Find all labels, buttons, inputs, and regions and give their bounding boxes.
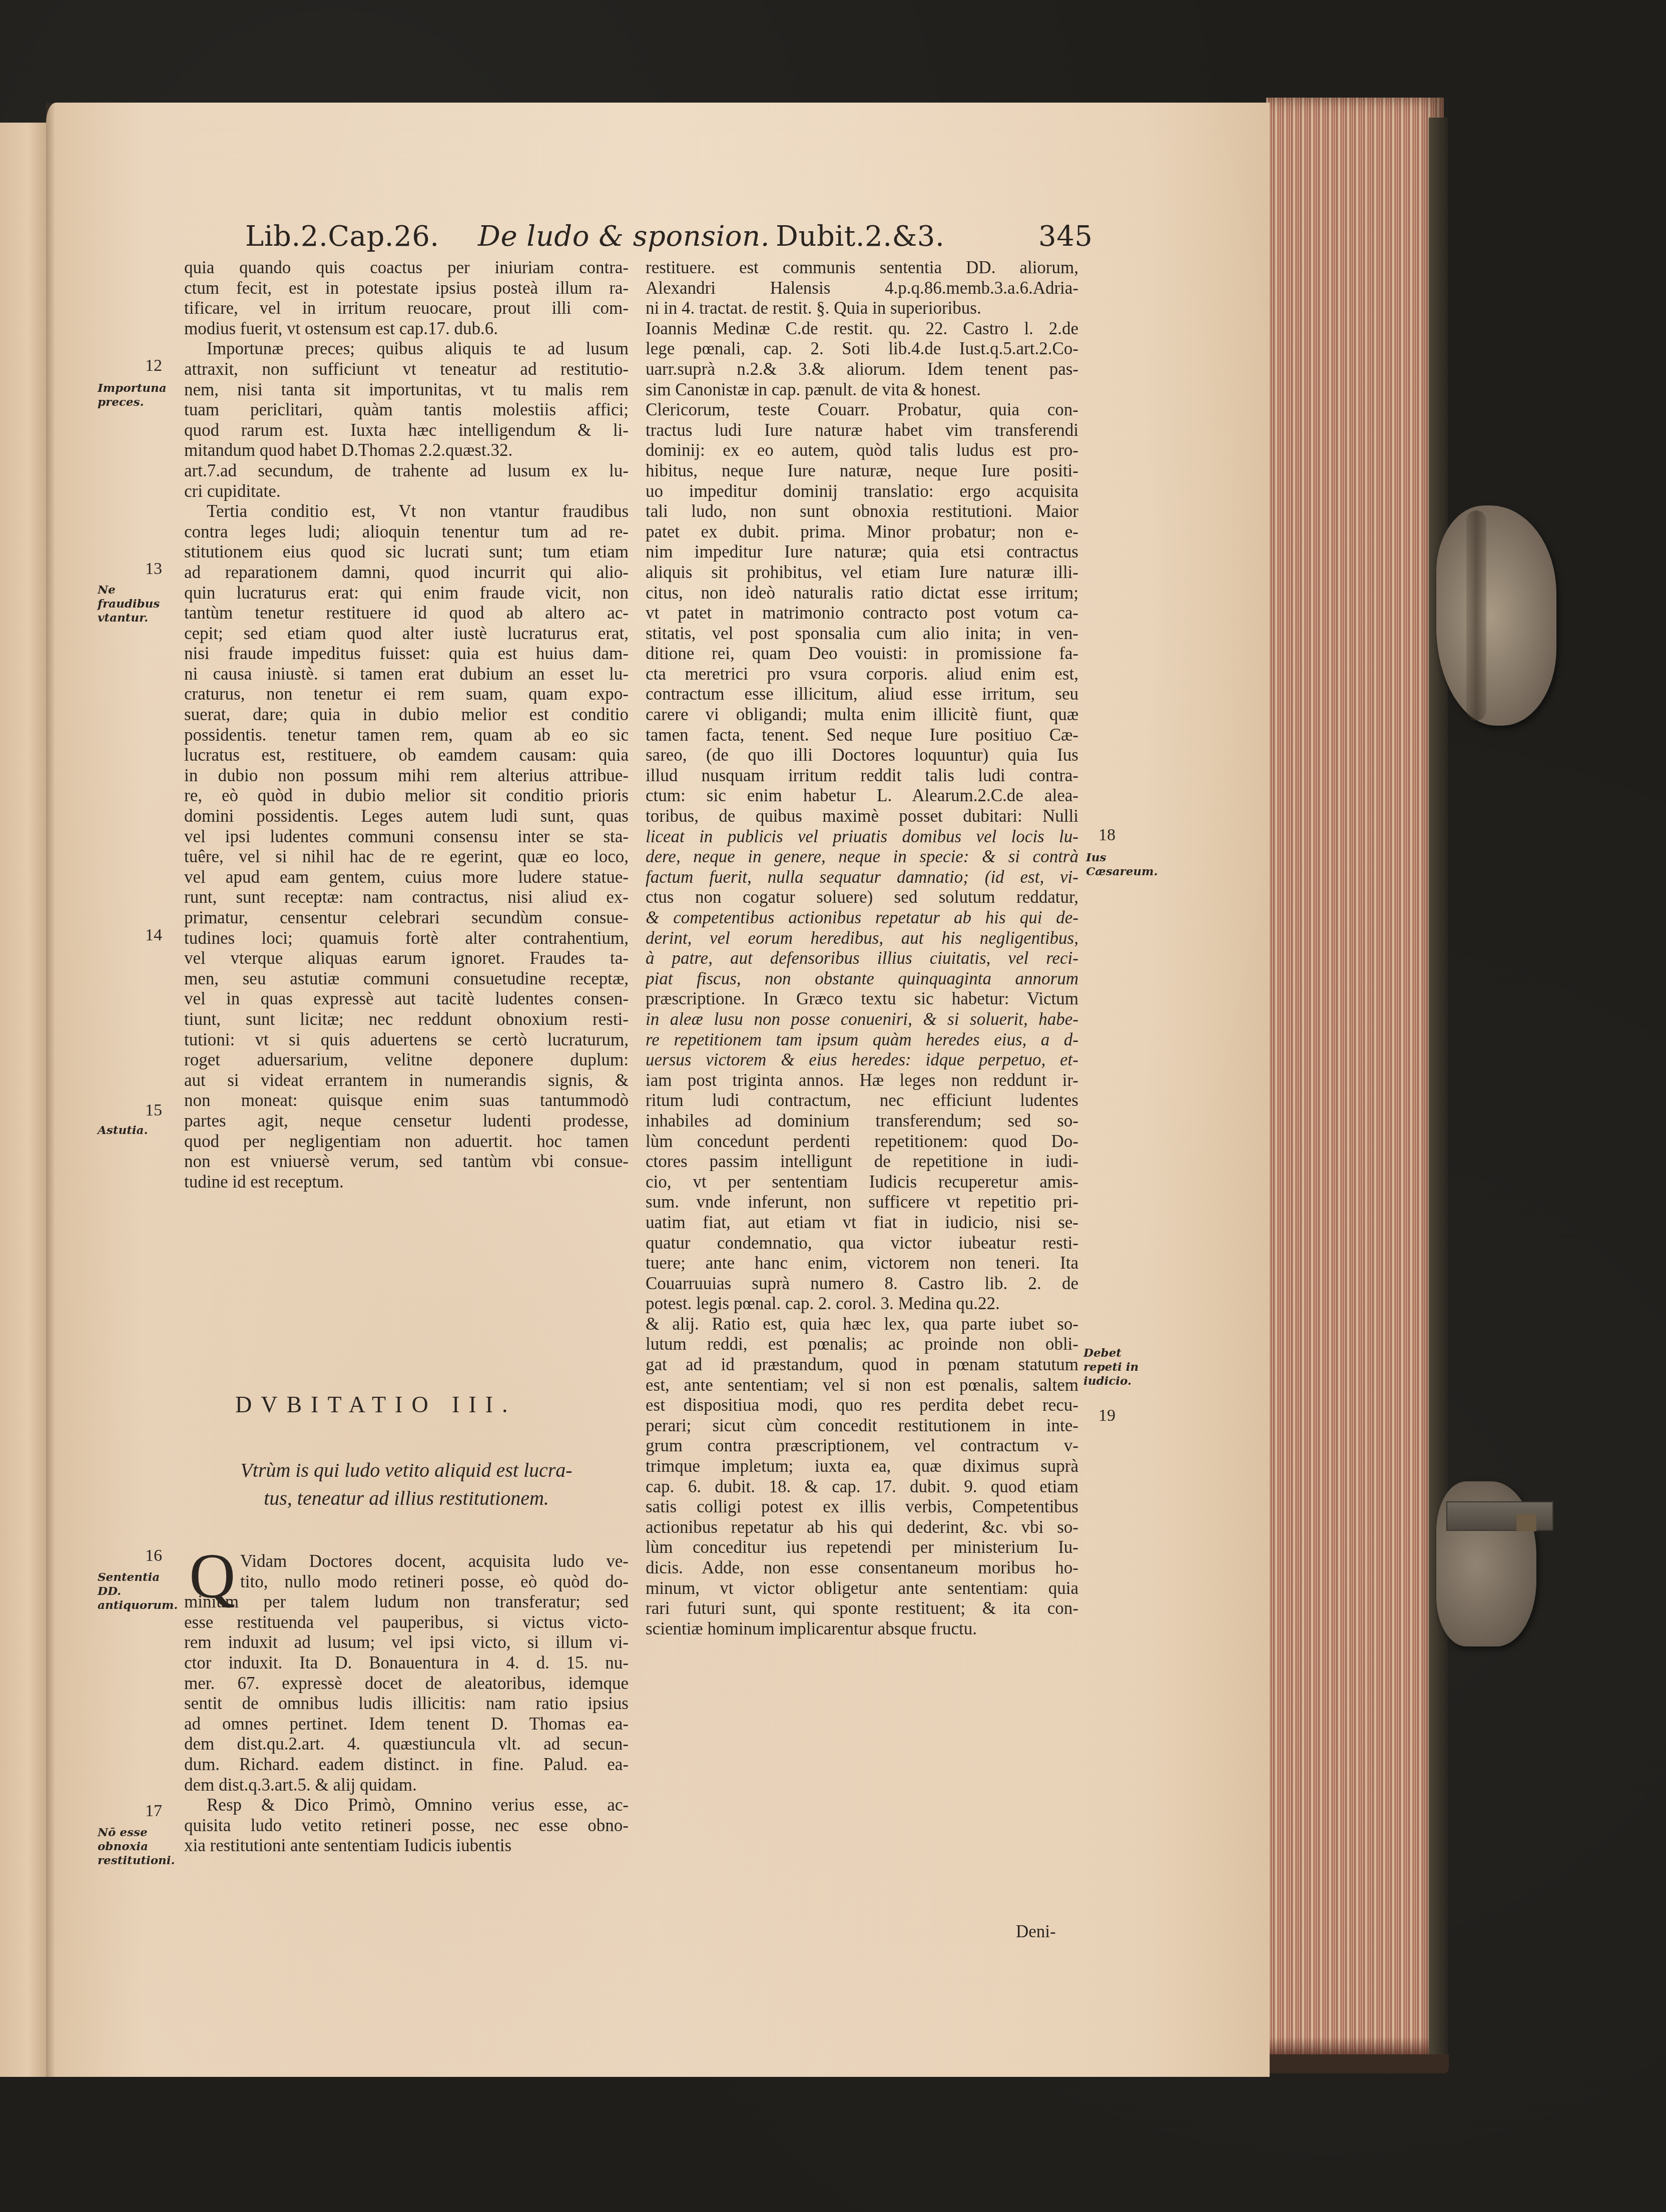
margin-note: Debet repeti in iudicio. — [1083, 1346, 1154, 1388]
text-line: carere vi obligandi; multa enim illicitè… — [646, 705, 1078, 725]
text-line: Importunæ preces; quibus aliquis te ad l… — [184, 339, 629, 359]
text-line: tiunt, sunt licitæ; nec reddunt obnoxium… — [184, 1009, 629, 1030]
text-line: dominij: ex eo autem, quòd talis ludus e… — [646, 440, 1078, 461]
text-line: dem dist.qu.2.art. 4. quæstiuncula vlt. … — [184, 1734, 629, 1755]
text-line: restituere. est communis sententia DD. a… — [646, 258, 1078, 278]
text-line: runt, sunt receptæ: nam contractus, nisi… — [184, 887, 629, 908]
text-line: quia quando quis coactus per iniuriam co… — [184, 258, 629, 278]
text-line: modius fuerit, vt ostensum est cap.17. d… — [184, 319, 629, 339]
text-line: ditione rei, quam Deo vouisti: in promis… — [646, 644, 1078, 664]
text-line: Couarruuias suprà numero 8. Castro lib. … — [646, 1274, 1078, 1294]
text-line: cepit; sed etiam quod alter iustè lucrat… — [184, 624, 629, 644]
margin-number: 13 — [145, 560, 162, 579]
page-number: 345 — [1038, 220, 1092, 253]
text-line: derint, vel eorum heredibus, aut his neg… — [646, 928, 1078, 949]
text-line: lege pœnali, cap. 2. Soti lib.4.de Iust.… — [646, 339, 1078, 359]
text-line: primatur, censentur celebrari secundùm c… — [184, 908, 629, 928]
text-line: & alij. Ratio est, quia hæc lex, qua par… — [646, 1314, 1078, 1335]
text-line: ctores passim intelligunt de repetitione… — [646, 1152, 1078, 1172]
text-line: patet ex dubit. prima. Minor probatur; n… — [646, 522, 1078, 542]
text-line: tito, nullo modo retineri posse, eò quòd… — [184, 1572, 629, 1592]
text-line: dere, neque in genere, neque in specie: … — [646, 847, 1078, 867]
text-line: tali ludo, non sunt obnoxia restitutioni… — [646, 501, 1078, 522]
text-line: tudine id est receptum. — [184, 1172, 629, 1193]
book-cover-edge — [1429, 118, 1448, 2059]
text-line: tractus ludi Iure naturæ habet vim trans… — [646, 420, 1078, 441]
text-line: gat ad id præstandum, quod in pœnam stat… — [646, 1355, 1078, 1375]
text-line: dem dist.q.3.art.5. & alij quidam. — [184, 1775, 629, 1796]
text-line: potest. legis pœnal. cap. 2. corol. 3. M… — [646, 1294, 1078, 1314]
text-line: hibitus, neque Iure naturæ, neque Iure p… — [646, 461, 1078, 481]
text-line: ctus non cogatur soluere) sed solutum re… — [646, 887, 1078, 908]
text-line: re, eò quòd in dubio melior sit conditio… — [184, 786, 629, 806]
text-line: tuêre, vel si nihil hac de re egerint, q… — [184, 847, 629, 867]
margin-number: 16 — [145, 1546, 162, 1565]
text-line: ni in 4. tractat. de restit. §. Quia in … — [646, 298, 1078, 319]
book-fore-edge — [1266, 98, 1444, 2057]
text-line: rari futuri sunt, qui sponte restituent;… — [646, 1598, 1078, 1619]
text-line: ctum: sic enim habetur L. Alearum.2.C.de… — [646, 786, 1078, 806]
text-line: est, ante sententiam; vel si non est pœn… — [646, 1375, 1078, 1396]
text-line: iam post triginta annos. Hæ leges non re… — [646, 1070, 1078, 1091]
margin-note: Sententia DD. antiquorum. — [98, 1570, 173, 1612]
text-line: cri cupiditate. — [184, 481, 629, 502]
text-line: toribus, de quibus maximè posset dubitar… — [646, 806, 1078, 827]
text-line: dicis. Adde, non esse consentaneum morib… — [646, 1558, 1078, 1578]
text-line: in dubio non possum mihi rem alterius at… — [184, 766, 629, 786]
text-line: stitutionem eius quod sic lucrati sunt; … — [184, 542, 629, 563]
text-line: minum, vt victor obligetur ante sententi… — [646, 1578, 1078, 1599]
text-line: quod per negligentiam non aduertit. hoc … — [184, 1132, 629, 1152]
text-line: lucratus est, restituere, ob eamdem caus… — [184, 745, 629, 766]
text-line: Clericorum, teste Couarr. Probatur, quia… — [646, 400, 1078, 420]
text-line: non moneat: quisque enim suas tantummodò — [184, 1090, 629, 1111]
right-column: restituere. est communis sententia DD. a… — [646, 258, 1078, 1639]
text-line: ritum ludi contractum, nec efficiunt lud… — [646, 1090, 1078, 1111]
text-line: liceat in publicis vel priuatis domibus … — [646, 827, 1078, 847]
margin-note: Ius Cæsareum. — [1086, 851, 1156, 879]
text-line: piat fiscus, non obstante quinquaginta a… — [646, 969, 1078, 989]
text-line: Vidam Doctores docent, acquisita ludo ve… — [184, 1551, 629, 1572]
text-line: est dispositiua modi, quo res perdita de… — [646, 1395, 1078, 1416]
text-line: tuam periclitari, quàm tantis molestiis … — [184, 400, 629, 420]
question-line: Vtrùm is qui ludo vetito aliquid est luc… — [184, 1456, 629, 1484]
text-line: sentit de omnibus ludis illicitis: nam r… — [184, 1694, 629, 1714]
text-line: sareo, (de quo illi Doctores loquuntur) … — [646, 745, 1078, 766]
text-line: tudines loci; quamuis fortè alter contra… — [184, 928, 629, 949]
text-line: tantùm tenetur restituere id quod ab alt… — [184, 603, 629, 624]
text-line: ctor induxit. Ita D. Bonauentura in 4. d… — [184, 1653, 629, 1674]
text-line: vel ipsi ludentes communi consensu inter… — [184, 827, 629, 847]
text-line: ad reparationem damni, quod incurrit qui… — [184, 563, 629, 583]
margin-note: Ne fraudibus vtantur. — [98, 583, 173, 625]
margin-note: Importuna preces. — [98, 381, 178, 409]
section-heading: DVBITATIO III. — [235, 1391, 586, 1418]
text-line: Resp & Dico Primò, Omnino verius esse, a… — [184, 1795, 629, 1816]
text-line: ad omnes pertinet. Idem tenent D. Thomas… — [184, 1714, 629, 1735]
running-head-dubitatio: Dubit.2.&3. — [776, 220, 944, 253]
text-line: mitandum quod habet D.Thomas 2.2.quæst.3… — [184, 440, 629, 461]
text-line: Tertia conditio est, Vt non vtantur frau… — [184, 501, 629, 522]
margin-number: 18 — [1098, 826, 1116, 845]
text-line: à patre, aut defensoribus illius ciuitat… — [646, 948, 1078, 969]
text-line: minium per talem ludum non transferatur;… — [184, 1592, 629, 1612]
text-line: lùm concedunt perdenti repetitionem: quo… — [646, 1132, 1078, 1152]
text-line: stitatis, vel post sponsalia cum alio in… — [646, 624, 1078, 644]
text-line: factum fuerit, nulla sequatur damnatio; … — [646, 867, 1078, 888]
margin-number: 15 — [145, 1101, 162, 1120]
text-line: tificare, vel in irritum reuocare, prout… — [184, 298, 629, 319]
text-line: men, seu astutiæ communi consuetudine re… — [184, 969, 629, 989]
text-line: cta meretrici pro vsura corporis. aliud … — [646, 664, 1078, 685]
clasp-tip-icon — [1516, 1514, 1536, 1531]
text-line: uarr.suprà n.2.& 3.& aliorum. Idem tenen… — [646, 359, 1078, 380]
text-line: perari; sicut cùm concedit restitutionem… — [646, 1416, 1078, 1436]
text-line: attraxit, non sufficiunt vt teneatur ad … — [184, 359, 629, 380]
text-line: cap. 6. dubit. 18. & cap. 17. dubit. 9. … — [646, 1477, 1078, 1497]
text-line: uo impeditur dominij translatio: ergo ac… — [646, 481, 1078, 502]
text-line: Ioannis Medinæ C.de restit. qu. 22. Cast… — [646, 319, 1078, 339]
text-line: lùm conceditur ius repetendi per ministe… — [646, 1537, 1078, 1558]
text-line: quin lucraturus erat: qui enim fraude vi… — [184, 583, 629, 604]
text-line: tutioni: vt si quis aduertens se certò l… — [184, 1030, 629, 1050]
text-line: ni causa iniustè. si tamen erat dubium a… — [184, 664, 629, 685]
text-line: aut si videat errantem in numerandis sig… — [184, 1070, 629, 1091]
text-line: non est vniuersè verum, sed tantùm vbi c… — [184, 1152, 629, 1172]
text-line: quatur condemnatio, qua victor iubeatur … — [646, 1233, 1078, 1254]
text-line: nem, nisi tanta sit importunitas, vt tu … — [184, 380, 629, 400]
text-line: sim Canonistæ in cap. pænult. de vita & … — [646, 380, 1078, 400]
text-line: grum contra præscriptionem, vel contract… — [646, 1436, 1078, 1456]
text-line: citus, non ideò naturalis ratio dictat e… — [646, 583, 1078, 604]
text-line: re repetitionem tam ipsum quàm heredes e… — [646, 1030, 1078, 1050]
margin-number: 19 — [1098, 1406, 1116, 1425]
text-line: possidentis. tenetur tamen rem, quam ab … — [184, 725, 629, 746]
text-line: sum. vnde inferunt, non sufficere vt rep… — [646, 1192, 1078, 1213]
text-line: vel apud eam gentem, cuius more ludere s… — [184, 867, 629, 888]
text-line: quisita ludo vetito retineri posse, nec … — [184, 1816, 629, 1836]
text-line: vel vterque aliquas earum ignoret. Fraud… — [184, 948, 629, 969]
clasp-top-icon — [1436, 505, 1556, 726]
margin-note: Astutia. — [98, 1124, 173, 1138]
running-head-book-chapter: Lib.2.Cap.26. — [245, 220, 439, 253]
text-line: & competentibus actionibus repetatur ab … — [646, 908, 1078, 928]
text-line: esse restituenda vel pauperibus, si vict… — [184, 1612, 629, 1633]
text-line: lutum reddi, est pœnalis; ac proinde non… — [646, 1334, 1078, 1355]
text-line: contractum esse illicitum, aliud esse ir… — [646, 684, 1078, 705]
text-line: in aleæ lusu non posse conueniri, & si s… — [646, 1009, 1078, 1030]
text-line: roget aduersarium, velitne deponere dupl… — [184, 1050, 629, 1070]
text-line: Alexandri Halensis 4.p.q.86.memb.3.a.6.A… — [646, 278, 1078, 299]
text-line: vt patet in matrimonio contracto post vo… — [646, 603, 1078, 624]
text-line: craturus, non tenetur ei rem suam, quam … — [184, 684, 629, 705]
text-line: dum. Richard. eadem distinct. in fine. P… — [184, 1755, 629, 1775]
facing-page-edge — [0, 123, 48, 2077]
text-line: præscriptione. In Græco textu sic habetu… — [646, 989, 1078, 1009]
left-column-part2: Vidam Doctores docent, acquisita ludo ve… — [184, 1551, 629, 1856]
text-line: trimque impletum; iuxta ea, quæ diximus … — [646, 1456, 1078, 1477]
text-line: art.7.ad secundum, de trahente ad lusum … — [184, 461, 629, 481]
text-line: cio, vt per sententiam Iudicis recuperet… — [646, 1172, 1078, 1193]
text-line: aliquis sit prohibitus, vel etiam Iure n… — [646, 563, 1078, 583]
text-line: uersus victorem & eius heredes: idque pe… — [646, 1050, 1078, 1070]
text-line: partes agit, neque censetur ludenti prod… — [184, 1111, 629, 1132]
text-line: mer. 67. expressè docet de aleatoribus, … — [184, 1674, 629, 1694]
book-cover-bottom — [1266, 2054, 1449, 2073]
margin-note: Nō esse obnoxia restitutioni. — [98, 1826, 173, 1868]
text-line: xia restitutioni ante sententiam Iudicis… — [184, 1836, 629, 1856]
text-line: quod rarum est. Iuxta hæc intelligendum … — [184, 420, 629, 441]
text-line: inhabiles ad dominium transferendum; sed… — [646, 1111, 1078, 1132]
text-line: suerat, dare; quia in dubio melior est c… — [184, 705, 629, 725]
text-line: tuere; ante hanc enim, victorem non tene… — [646, 1253, 1078, 1274]
text-line: contra leges ludi; alioquin tenentur tum… — [184, 522, 629, 542]
margin-number: 12 — [145, 356, 162, 375]
text-line: actionibus repetatur ab his qui dederint… — [646, 1517, 1078, 1538]
running-head-title: De ludo & sponsion. — [478, 220, 770, 253]
text-line: satis colligi potest ex illis verbis, Co… — [646, 1497, 1078, 1517]
margin-number: 17 — [145, 1802, 162, 1821]
text-line: nisi fraude impeditus fuisset: quia est … — [184, 644, 629, 664]
text-line: domini possidentis. Leges autem ludi sun… — [184, 806, 629, 827]
text-line: rem induxit ad lusum; vel ipsi victo, si… — [184, 1632, 629, 1653]
text-line: ctum fecit, est in potestate ipsius post… — [184, 278, 629, 299]
left-column-part1: quia quando quis coactus per iniuriam co… — [184, 258, 629, 1192]
margin-number: 14 — [145, 926, 162, 945]
text-line: tamen facta, tenent. Sed neque Iure posi… — [646, 725, 1078, 746]
clasp-strap-icon — [1446, 1501, 1553, 1531]
text-line: nim impeditur Iure naturæ; quia etsi con… — [646, 542, 1078, 563]
running-head: Lib.2.Cap.26. De ludo & sponsion. Dubit.… — [245, 220, 1086, 255]
text-line: uatim fiat, aut etiam vt fiat in iudicio… — [646, 1213, 1078, 1233]
question-line: tus, teneatur ad illius restitutionem. — [184, 1484, 629, 1512]
catchword: Deni- — [1016, 1922, 1056, 1942]
text-line: illud nusquam irritum reddit talis ludi … — [646, 766, 1078, 786]
text-line: scientiæ hominum implicarentur absque fr… — [646, 1619, 1078, 1639]
text-line: vel in quas expressè aut tacitè ludentes… — [184, 989, 629, 1009]
section-question: Vtrùm is qui ludo vetito aliquid est luc… — [184, 1456, 629, 1512]
